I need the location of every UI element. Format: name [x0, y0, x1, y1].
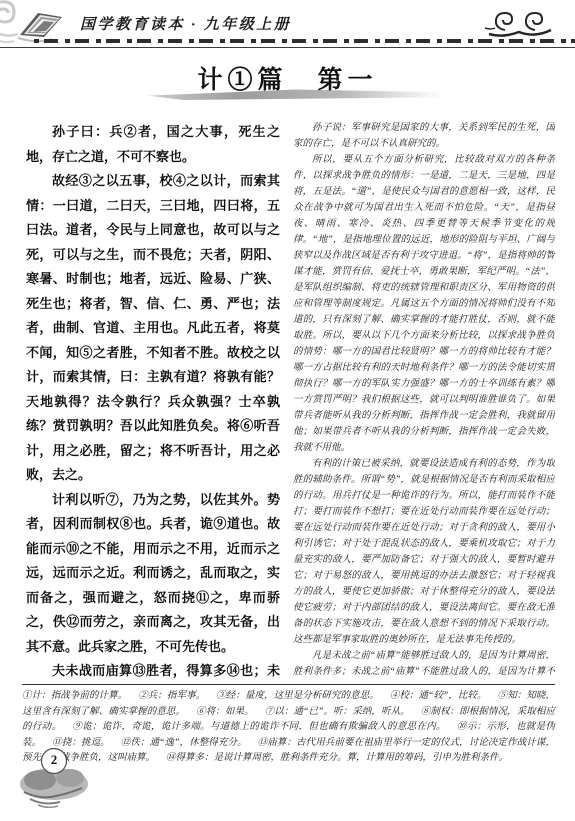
classical-paragraph: 孙子曰：兵②者，国之大事，死生之地，存亡之道，不可不察也。 [26, 120, 280, 169]
page-number: 2 [43, 752, 65, 768]
book-stack-icon [16, 5, 68, 50]
classical-text-column: 孙子曰：兵②者，国之大事，死生之地，存亡之道，不可不察也。故经③之以五事，校④之… [26, 120, 280, 678]
footnote-item: ⑫佚：通“逸”，休整得充分。 [121, 738, 247, 748]
page: { "header": { "booklet_title": "国学教育读本 ·… [0, 0, 575, 821]
footnote-item: ⑥将：如果。 [196, 707, 254, 717]
page-body: 孙子曰：兵②者，国之大事，死生之地，存亡之道，不可不察也。故经③之以五事，校④之… [0, 114, 575, 678]
footnote-item: ⑨诡：诡诈，奇诡，诡计多端。与道德上的诡诈不同，但也确有欺骗敌人的意思在内。 [72, 722, 446, 732]
header-dashed-divider [34, 39, 575, 43]
classical-paragraph: 故经③之以五事，校④之以计，而索其情：一曰道，二曰天，三曰地，四曰将，五曰法。道… [26, 169, 280, 488]
footnote-item: ③经：量度，这里是分析研究的意思。 [216, 691, 379, 701]
page-header: 国学教育读本 · 九年级上册 [0, 0, 575, 50]
footnotes-divider [22, 684, 555, 685]
footnote-item: ⑭得算多：是说计算周密，胜利条件充分。算，计算用的筹码，引申为胜利条件。 [166, 753, 508, 763]
translation-paragraph: 孙子说：军事研究是国家的大事，关系到军民的生死，国家的存亡，是不可以不认真研究的… [293, 120, 555, 152]
footnote-item: ②兵：指军事。 [138, 691, 205, 701]
footnotes: ①计：指战争前的计算。②兵：指军事。③经：量度，这里是分析研究的意思。④校：通“… [22, 689, 555, 767]
chapter-title-block: 计①篇 第一 [0, 60, 575, 114]
translation-paragraph: 有利的计策已被采纳，就要设法造成有利的态势，作为取胜的辅助条件。所谓“势”，就是… [293, 456, 555, 648]
booklet-title: 国学教育读本 · 九年级上册 [80, 13, 291, 34]
footnote-item: ⑦以：通“已”。听：采纳，听从。 [265, 707, 410, 717]
header-solid-divider [0, 47, 575, 48]
classical-paragraph: 夫未战而庙算⑬胜者，得算多⑭也；未战而庙算不胜者，得算少也。多算胜，少算不胜，而… [26, 659, 280, 678]
classical-paragraph: 计利以听⑦，乃为之势，以佐其外。势者，因利而制权⑧也。兵者，诡⑨道也。故能而示⑩… [26, 488, 280, 660]
chapter-title: 计①篇 第一 [197, 60, 377, 96]
translation-column: 孙子说：军事研究是国家的大事，关系到军民的生死，国家的存亡，是不可以不认真研究的… [293, 120, 555, 678]
footnote-item: ①计：指战争前的计算。 [22, 691, 127, 701]
page-number-ornament: 2 [16, 748, 92, 810]
translation-paragraph: 所以，要从五个方面分析研究，比较敌对双方的各种条件，以探求战争胜负的情形：一是道… [293, 152, 555, 456]
translation-paragraph: 凡是未战之前“庙算”能够胜过敌人的，是因为计算周密，胜利条件多；未战之前“庙算”… [293, 648, 555, 678]
footnote-item: ⑪挠：挑逗。 [52, 738, 110, 748]
footnote-item: ④校：通“较”，比较。 [390, 691, 487, 701]
